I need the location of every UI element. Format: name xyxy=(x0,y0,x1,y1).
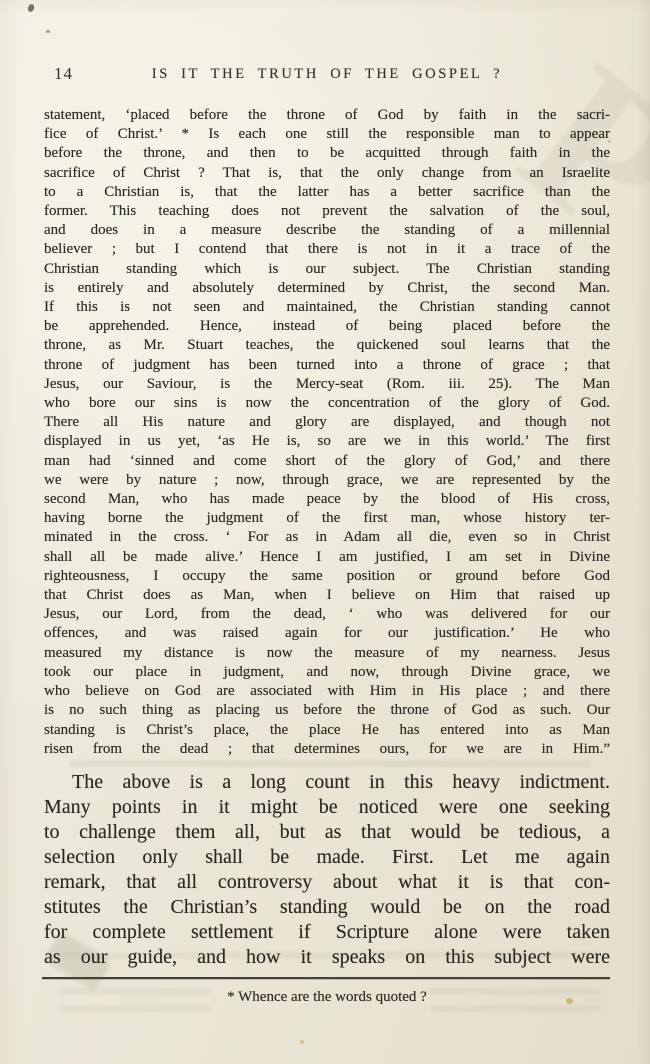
text-line: righteousness, I occupy the same positio… xyxy=(44,567,610,586)
footnote-divider xyxy=(42,977,610,979)
text-line: second Man, who has made peace by the bl… xyxy=(44,490,610,509)
text-line: who believe on God are associated with H… xyxy=(44,682,610,701)
text-line: man had ‘sinned and come short of the gl… xyxy=(44,452,610,471)
text-line: Jesus, our Saviour, is the Mercy-seat (R… xyxy=(44,375,610,394)
text-line: sacrifice of Christ ? That is, that the … xyxy=(44,164,610,183)
text-line: displayed in us yet, ‘as He is, so are w… xyxy=(44,432,610,451)
footnote: * Whence are the words quoted ? xyxy=(44,989,610,1006)
foxing-spot xyxy=(300,1040,304,1044)
text-line: be apprehended. Hence, instead of being … xyxy=(44,317,610,336)
text-line: fice of Christ.’ * Is each one still the… xyxy=(44,125,610,144)
text-line: standing is Christ’s place, the place He… xyxy=(44,721,610,740)
text-line: shall all be made alive.’ Hence I am jus… xyxy=(44,548,610,567)
text-line: statement, ‘placed before the throne of … xyxy=(44,106,610,125)
text-line: believer ; but I contend that there is n… xyxy=(44,240,610,259)
text-line: who bore our sins is now the concentrati… xyxy=(44,394,610,413)
text-line: There all His nature and glory are displ… xyxy=(44,413,610,432)
text-line: Many points in it might be noticed were … xyxy=(44,795,610,820)
quoted-passage: statement, ‘placed before the throne of … xyxy=(44,106,610,759)
text-line: The above is a long count in this heavy … xyxy=(44,770,610,795)
text-line: is entirely and absolutely determined by… xyxy=(44,279,610,298)
book-page: P 14 IS IT THE TRUTH OF THE GOSPEL ? sta… xyxy=(0,0,650,1064)
text-line: risen from the dead ; that determines ou… xyxy=(44,740,610,759)
text-line: and does in a measure describe the stand… xyxy=(44,221,610,240)
text-line: Jesus, our Lord, from the dead, ‘ who wa… xyxy=(44,605,610,624)
text-line: throne, as Mr. Stuart teaches, the quick… xyxy=(44,336,610,355)
text-line: stitutes the Christian’s standing would … xyxy=(44,895,610,920)
text-line: selection only shall be made. First. Let… xyxy=(44,845,610,870)
page-edge-mark xyxy=(27,3,35,13)
text-line: Christian standing which is our subject.… xyxy=(44,260,610,279)
text-line: for complete settlement if Scripture alo… xyxy=(44,920,610,945)
text-line: to challenge them all, but as that would… xyxy=(44,820,610,845)
page-edge-mark xyxy=(46,30,50,33)
text-line: to a Christian is, that the latter has a… xyxy=(44,183,610,202)
text-line: measured my distance is now the measure … xyxy=(44,644,610,663)
text-line: throne of judgment has been turned into … xyxy=(44,356,610,375)
running-title: IS IT THE TRUTH OF THE GOSPEL ? xyxy=(44,66,610,83)
text-line: minated in the cross. ‘ For as in Adam a… xyxy=(44,528,610,547)
text-line: before the throne, and then to be acquit… xyxy=(44,144,610,163)
text-line: as our guide, and how it speaks on this … xyxy=(44,945,610,970)
text-line: that Christ does as Man, when I believe … xyxy=(44,586,610,605)
text-line: took our place in judgment, and now, thr… xyxy=(44,663,610,682)
commentary-paragraph: The above is a long count in this heavy … xyxy=(44,770,610,970)
text-line: offences, and was raised again for our j… xyxy=(44,624,610,643)
text-line: is no such thing as placing us before th… xyxy=(44,701,610,720)
text-line: remark, that all controversy about what … xyxy=(44,870,610,895)
text-line: having borne the judgment of the first m… xyxy=(44,509,610,528)
text-line: former. This teaching does not prevent t… xyxy=(44,202,610,221)
text-line: If this is not seen and maintained, the … xyxy=(44,298,610,317)
text-line: we were by nature ; now, through grace, … xyxy=(44,471,610,490)
